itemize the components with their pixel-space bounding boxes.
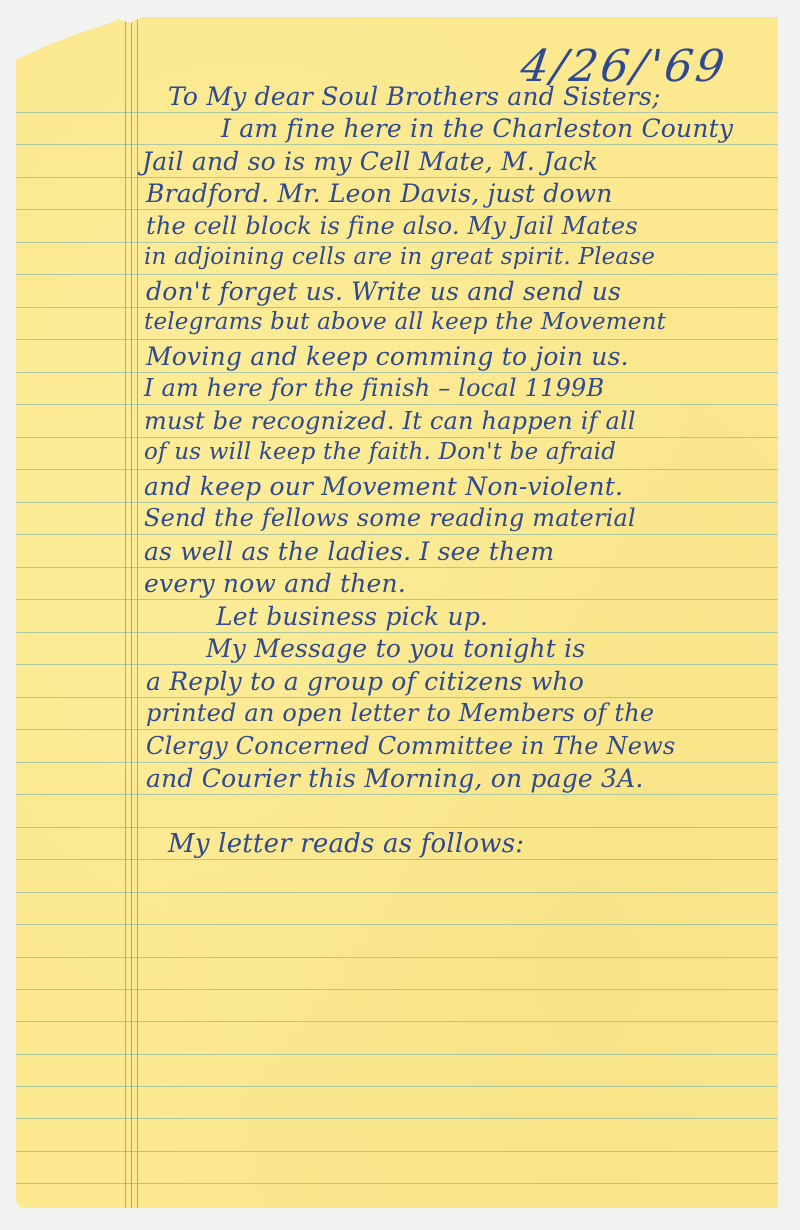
legal-pad-page: 4/26/'69 To My dear Soul Brothers and Si… bbox=[16, 17, 778, 1208]
letter-line: Bradford. Mr. Leon Davis, just down bbox=[146, 181, 613, 206]
letter-line: Moving and keep comming to join us. bbox=[146, 344, 629, 369]
letter-line: must be recognized. It can happen if all bbox=[144, 409, 636, 433]
letter-line: Jail and so is my Cell Mate, M. Jack bbox=[142, 149, 598, 174]
letter-line: I am here for the finish – local 1199B bbox=[144, 376, 604, 400]
salutation: To My dear Soul Brothers and Sisters; bbox=[168, 84, 661, 109]
scan-background: 4/26/'69 To My dear Soul Brothers and Si… bbox=[0, 0, 800, 1230]
margin-line-green bbox=[131, 17, 132, 1208]
letter-line: telegrams but above all keep the Movemen… bbox=[144, 311, 666, 334]
letter-line: My letter reads as follows: bbox=[168, 831, 524, 857]
letter-line: as well as the ladies. I see them bbox=[144, 539, 554, 564]
letter-line: Clergy Concerned Committee in The News bbox=[146, 734, 675, 758]
letter-line: every now and then. bbox=[144, 571, 406, 596]
letter-line: I am fine here in the Charleston County bbox=[221, 116, 733, 141]
letter-line: Send the fellows some reading material bbox=[144, 506, 636, 530]
letter-line: Let business pick up. bbox=[216, 604, 488, 629]
letter-line: and Courier this Morning, on page 3A. bbox=[146, 766, 644, 791]
letter-line: the cell block is fine also. My Jail Mat… bbox=[146, 214, 638, 238]
letter-line: don't forget us. Write us and send us bbox=[146, 279, 621, 304]
letter-line: of us will keep the faith. Don't be afra… bbox=[144, 441, 616, 464]
margin-line-red bbox=[137, 17, 138, 1208]
letter-line: in adjoining cells are in great spirit. … bbox=[144, 246, 655, 269]
letter-line: a Reply to a group of citizens who bbox=[146, 669, 584, 694]
letter-line: and keep our Movement Non-violent. bbox=[144, 474, 623, 499]
margin-line-red bbox=[125, 17, 126, 1208]
letter-line: My Message to you tonight is bbox=[206, 636, 585, 661]
letter-line: printed an open letter to Members of the bbox=[146, 701, 654, 725]
